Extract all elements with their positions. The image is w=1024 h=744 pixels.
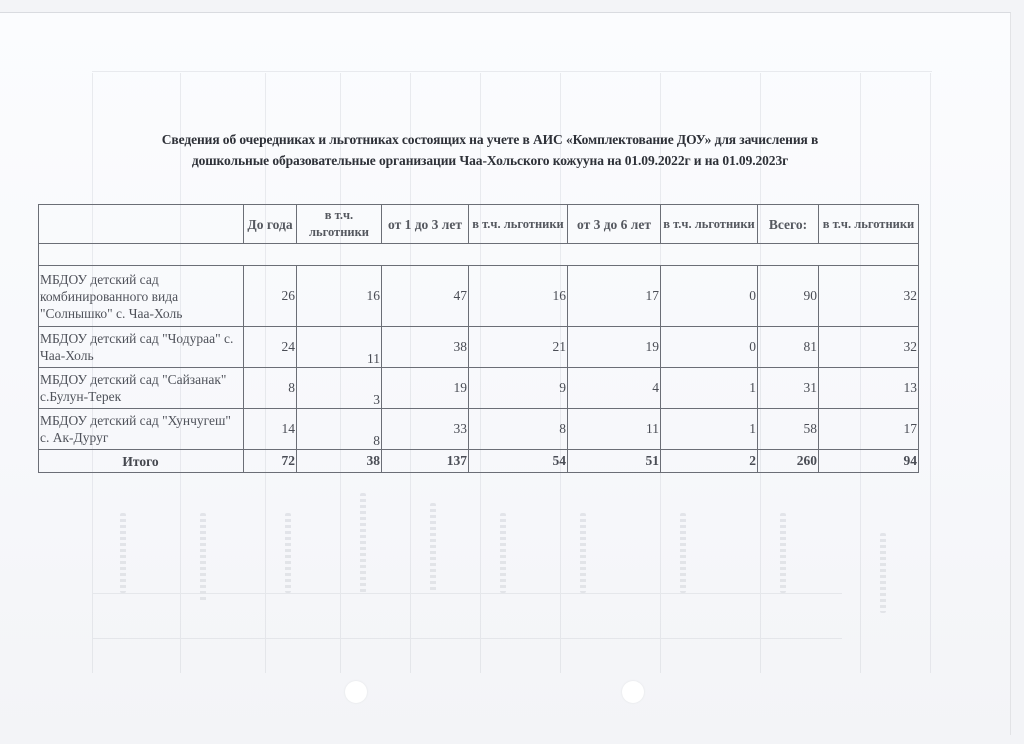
header-row: До года в т.ч. льготники от 1 до 3 лет в…	[39, 205, 919, 244]
total-all-privileged: 94	[819, 450, 919, 473]
cell-3-to-6-privileged: 1	[661, 409, 758, 450]
kindergarten-name: МБДОУ детский сад "Хунчугеш" с. Ак-Дуруг	[39, 409, 244, 450]
cell-under-1: 26	[244, 266, 297, 327]
empty-row	[39, 244, 919, 266]
total-1-to-3: 137	[382, 450, 469, 473]
cell-1-to-3: 19	[382, 368, 469, 409]
punch-hole-left	[345, 681, 367, 703]
cell-3-to-6: 11	[568, 409, 661, 450]
total-label: Итого	[39, 450, 244, 473]
cell-under-1-privileged: 3	[297, 368, 382, 409]
waiting-list-table: До года в т.ч. льготники от 1 до 3 лет в…	[38, 204, 919, 473]
cell-total: 81	[758, 327, 819, 368]
title-line-1: Сведения об очередниках и льготниках сос…	[40, 129, 940, 150]
cell-total-privileged: 17	[819, 409, 919, 450]
table-row: МБДОУ детский сад "Хунчугеш" с. Ак-Дуруг…	[39, 409, 919, 450]
cell-1-to-3-privileged: 21	[469, 327, 568, 368]
cell-total-privileged: 13	[819, 368, 919, 409]
header-1-to-3: от 1 до 3 лет	[382, 205, 469, 244]
cell-3-to-6: 17	[568, 266, 661, 327]
header-1-to-3-privileged: в т.ч. льготники	[469, 205, 568, 244]
cell-3-to-6: 19	[568, 327, 661, 368]
empty-cell	[39, 244, 919, 266]
cell-3-to-6-privileged: 1	[661, 368, 758, 409]
total-under-1: 72	[244, 450, 297, 473]
kindergarten-name: МБДОУ детский сад комбинированного вида …	[39, 266, 244, 327]
header-total-privileged: в т.ч. льготники	[819, 205, 919, 244]
header-name	[39, 205, 244, 244]
cell-under-1-privileged: 16	[297, 266, 382, 327]
cell-total: 90	[758, 266, 819, 327]
cell-3-to-6-privileged: 0	[661, 327, 758, 368]
total-all: 260	[758, 450, 819, 473]
cell-under-1: 8	[244, 368, 297, 409]
cell-under-1: 14	[244, 409, 297, 450]
header-3-to-6-privileged: в т.ч. льготники	[661, 205, 758, 244]
cell-1-to-3-privileged: 16	[469, 266, 568, 327]
total-row: Итого 72 38 137 54 51 2 260 94	[39, 450, 919, 473]
document-title: Сведения об очередниках и льготниках сос…	[40, 129, 940, 171]
cell-1-to-3: 38	[382, 327, 469, 368]
table-row: МБДОУ детский сад "Сайзанак" с.Булун-Тер…	[39, 368, 919, 409]
total-3-to-6-privileged: 2	[661, 450, 758, 473]
total-3-to-6: 51	[568, 450, 661, 473]
cell-3-to-6: 4	[568, 368, 661, 409]
cell-total: 58	[758, 409, 819, 450]
total-under-1-privileged: 38	[297, 450, 382, 473]
title-line-2: дошкольные образовательные организации Ч…	[40, 150, 940, 171]
cell-1-to-3: 33	[382, 409, 469, 450]
header-3-to-6: от 3 до 6 лет	[568, 205, 661, 244]
total-1-to-3-privileged: 54	[469, 450, 568, 473]
table-row: МБДОУ детский сад "Чодураа" с. Чаа-Холь …	[39, 327, 919, 368]
cell-total: 31	[758, 368, 819, 409]
cell-3-to-6-privileged: 0	[661, 266, 758, 327]
table-row: МБДОУ детский сад комбинированного вида …	[39, 266, 919, 327]
cell-1-to-3: 47	[382, 266, 469, 327]
cell-1-to-3-privileged: 9	[469, 368, 568, 409]
cell-under-1-privileged: 8	[297, 409, 382, 450]
header-under-1-privileged: в т.ч. льготники	[297, 205, 382, 244]
cell-total-privileged: 32	[819, 327, 919, 368]
kindergarten-name: МБДОУ детский сад "Чодураа" с. Чаа-Холь	[39, 327, 244, 368]
header-under-1: До года	[244, 205, 297, 244]
punch-hole-right	[622, 681, 644, 703]
header-total: Всего:	[758, 205, 819, 244]
cell-under-1: 24	[244, 327, 297, 368]
cell-total-privileged: 32	[819, 266, 919, 327]
cell-under-1-privileged: 11	[297, 327, 382, 368]
cell-1-to-3-privileged: 8	[469, 409, 568, 450]
kindergarten-name: МБДОУ детский сад "Сайзанак" с.Булун-Тер…	[39, 368, 244, 409]
